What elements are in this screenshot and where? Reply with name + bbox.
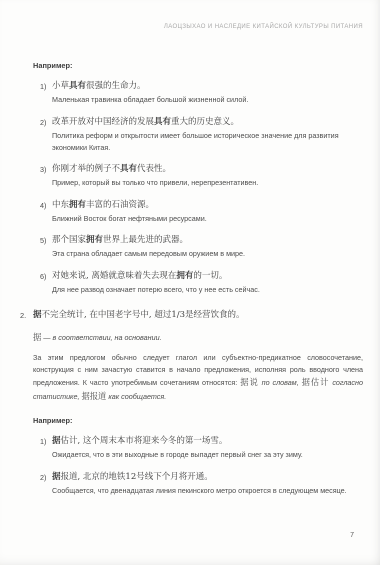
example-number: 3) bbox=[40, 163, 52, 189]
chinese-sentence: 那个国家拥有世界上最先进的武器。 bbox=[52, 234, 363, 247]
chinese-sentence: 中东拥有丰富的石油资源。 bbox=[52, 199, 363, 212]
russian-translation: Сообщается, что двенадцатая линия пекинс… bbox=[52, 485, 363, 497]
example-body: 对她来说, 离婚就意味着失去现在拥有的一切。 Для нее развод оз… bbox=[52, 270, 363, 296]
example-item: 1) 据估计, 这个周末本市将迎来今冬的第一场雪。 Ожидается, что… bbox=[40, 435, 363, 461]
example-item: 2) 改革开放对中国经济的发展具有重大的历史意义。 Политика рефор… bbox=[40, 116, 363, 154]
chinese-headword-sentence: 据不完全统计, 在中国老字号中, 超过1/3是经营饮食的。 bbox=[33, 309, 245, 322]
chinese-sentence: 你刚才举的例子不具有代表性。 bbox=[52, 163, 363, 176]
russian-translation: Политика реформ и открытости имеет больш… bbox=[52, 130, 363, 154]
example-item: 4) 中东拥有丰富的石油资源。 Ближний Восток богат неф… bbox=[40, 199, 363, 225]
examples-heading-2: Например: bbox=[33, 416, 363, 425]
russian-translation: Эта страна обладает самым передовым оруж… bbox=[52, 248, 363, 260]
chinese-sentence: 改革开放对中国经济的发展具有重大的历史意义。 bbox=[52, 116, 363, 129]
russian-translation: Ожидается, что в эти выходные в городе в… bbox=[52, 449, 363, 461]
russian-translation: Для нее развод означает потерю всего, чт… bbox=[52, 284, 363, 296]
chinese-sentence: 据估计, 这个周末本市将迎来今冬的第一场雪。 bbox=[52, 435, 363, 448]
collocation-ru-3: как сообщается. bbox=[106, 392, 166, 401]
chinese-sentence: 小草具有很强的生命力。 bbox=[52, 80, 363, 93]
example-item: 5) 那个国家拥有世界上最先进的武器。 Эта страна обладает … bbox=[40, 234, 363, 260]
running-header: ЛАОЦЗЫХАО И НАСЛЕДИЕ КИТАЙСКОЙ КУЛЬТУРЫ … bbox=[0, 24, 363, 30]
russian-translation: Ближний Восток богат нефтяными ресурсами… bbox=[52, 213, 363, 225]
example-body: 改革开放对中国经济的发展具有重大的历史意义。 Политика реформ и… bbox=[52, 116, 363, 154]
example-number: 5) bbox=[40, 234, 52, 260]
example-body: 据估计, 这个周末本市将迎来今冬的第一场雪。 Ожидается, что в … bbox=[52, 435, 363, 461]
russian-translation: Маленькая травинка обладает большой жизн… bbox=[52, 94, 363, 106]
russian-translation: Пример, который вы только что привели, н… bbox=[52, 177, 363, 189]
example-number: 2) bbox=[40, 116, 52, 154]
document-page: ЛАОЦЗЫХАО И НАСЛЕДИЕ КИТАЙСКОЙ КУЛЬТУРЫ … bbox=[0, 0, 380, 565]
collocation-ru-1: по словам, bbox=[259, 378, 302, 387]
example-number: 1) bbox=[40, 80, 52, 106]
page-number: 7 bbox=[350, 532, 354, 539]
collocation-zh-2: 据估计 bbox=[302, 377, 330, 387]
grammar-point-2: 2. 据不完全统计, 在中国老字号中, 超过1/3是经营饮食的。 bbox=[20, 309, 363, 322]
example-number: 1) bbox=[40, 435, 52, 461]
example-item: 3) 你刚才举的例子不具有代表性。 Пример, который вы тол… bbox=[40, 163, 363, 189]
example-number: 6) bbox=[40, 270, 52, 296]
example-item: 1) 小草具有很强的生命力。 Маленькая травинка облада… bbox=[40, 80, 363, 106]
collocation-zh-1: 据说 bbox=[240, 377, 258, 387]
examples-heading-1: Например: bbox=[33, 61, 363, 70]
collocation-zh-3: 据报道 bbox=[81, 391, 106, 401]
example-body: 据报道, 北京的地铁12号线下个月将开通。 Сообщается, что дв… bbox=[52, 471, 363, 497]
example-body: 中东拥有丰富的石油资源。 Ближний Восток богат нефтян… bbox=[52, 199, 363, 225]
example-body: 那个国家拥有世界上最先进的武器。 Эта страна обладает сам… bbox=[52, 234, 363, 260]
point-number: 2. bbox=[20, 309, 33, 322]
chinese-sentence: 对她来说, 离婚就意味着失去现在拥有的一切。 bbox=[52, 270, 363, 283]
chinese-sentence: 据报道, 北京的地铁12号线下个月将开通。 bbox=[52, 471, 363, 484]
page-content: Например: 1) 小草具有很强的生命力。 Маленькая трави… bbox=[33, 61, 363, 497]
example-body: 小草具有很强的生命力。 Маленькая травинка обладает … bbox=[52, 80, 363, 106]
example-body: 你刚才举的例子不具有代表性。 Пример, который вы только… bbox=[52, 163, 363, 189]
grammar-description: За этим предлогом обычно следует глагол … bbox=[33, 352, 363, 404]
example-number: 2) bbox=[40, 471, 52, 497]
example-item: 6) 对她来说, 离婚就意味着失去现在拥有的一切。 Для нее развод… bbox=[40, 270, 363, 296]
headword-gloss: 据 — в соответствии, на основании. bbox=[33, 331, 363, 344]
example-item: 2) 据报道, 北京的地铁12号线下个月将开通。 Сообщается, что… bbox=[40, 471, 363, 497]
example-number: 4) bbox=[40, 199, 52, 225]
gloss-translation: — в соответствии, на основании. bbox=[41, 333, 161, 342]
